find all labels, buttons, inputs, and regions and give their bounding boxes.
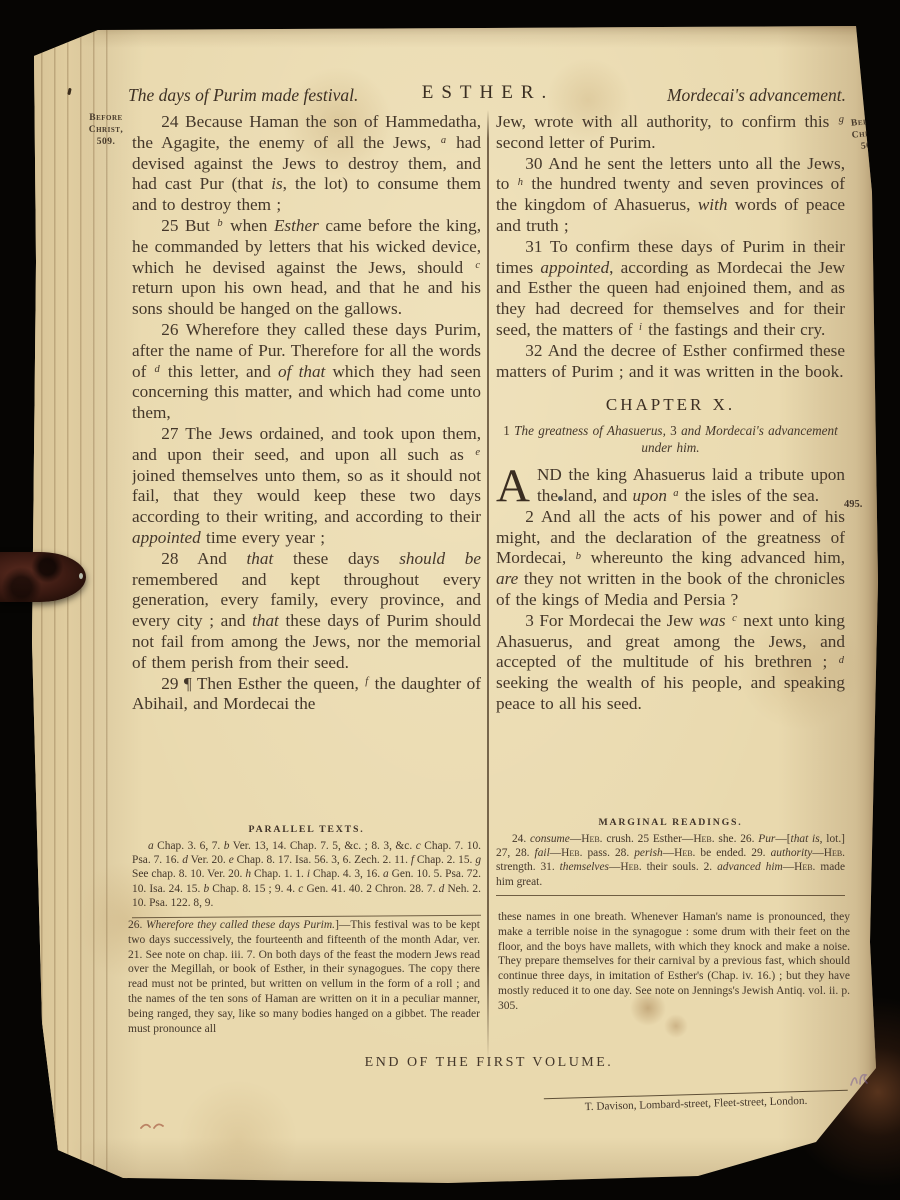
margin-page-ref: 495.: [844, 499, 862, 510]
verse-29: 29 ¶ Then Esther the queen, f the daught…: [132, 674, 481, 716]
scripture-column-left: 24 Because Haman the son of Hammedatha, …: [132, 112, 481, 826]
margin-note-before-christ-left: Before Christ, 509.: [72, 112, 140, 148]
chapter10-verse-1: AND the king Ahasuerus laid a tribute up…: [496, 465, 845, 507]
verse-29-continuation: Jew, wrote with all authority, to confir…: [496, 112, 845, 154]
chapter10-verse-3: 3 For Mordecai the Jew was c next unto k…: [496, 611, 845, 715]
marginal-readings-section: MARGINAL READINGS. 24. consume—Heb. crus…: [496, 817, 845, 896]
book-photo: The days of Purim made festival. ESTHER.…: [0, 0, 900, 1200]
marginal-readings-body: 24. consume—Heb. crush. 25 Esther—Heb. s…: [496, 832, 845, 889]
verse-30: 30 And he sent the letters unto all the …: [496, 154, 845, 237]
ink-mark: [138, 1118, 168, 1139]
page-edges: [28, 22, 108, 1184]
pencil-mark: [846, 1068, 872, 1097]
marginal-readings-heading: MARGINAL READINGS.: [496, 817, 845, 828]
margin-note-line: 509.: [72, 136, 140, 148]
chapter10-verse-2: 2 And all the acts of his power and of h…: [496, 507, 845, 611]
margin-note-line: Before: [72, 112, 140, 124]
chapter-summary: 1 The greatness of Ahasuerus, 3 and Mord…: [500, 423, 841, 456]
footnote-column-left: 26. Wherefore they called these days Pur…: [128, 918, 480, 1036]
book-page: The days of Purim made festival. ESTHER.…: [28, 22, 880, 1184]
parallel-texts-body: a Chap. 3. 6, 7. b Ver. 13, 14. Chap. 7.…: [132, 839, 481, 910]
chapter10-verse-1-text: ND the king Ahasuerus laid a tribute upo…: [537, 465, 845, 505]
chapter-heading: CHAPTER X.: [496, 395, 845, 416]
verse-28: 28 And that these days should be remembe…: [132, 549, 481, 674]
verse-25: 25 But b when Esther came before the kin…: [132, 216, 481, 320]
book-title: ESTHER.: [380, 82, 596, 104]
margin-note-line: Christ,: [72, 124, 140, 136]
column-divider-rule: [487, 110, 489, 1060]
ink-dot: [558, 496, 563, 501]
verse-24: 24 Because Haman the son of Hammedatha, …: [132, 112, 481, 216]
verse-32: 32 And the decree of Esther confirmed th…: [496, 341, 845, 383]
margin-note-before-christ-right: Before Christ, 509.: [836, 113, 900, 155]
verse-27: 27 The Jews ordained, and took upon them…: [132, 424, 481, 549]
verse-26: 26 Wherefore they called these days Puri…: [132, 320, 481, 424]
drop-cap: A: [496, 465, 537, 505]
running-head-right: Mordecai's advancement.: [624, 85, 846, 106]
volume-end-line: END OF THE FIRST VOLUME.: [132, 1055, 846, 1071]
scripture-column-right: Jew, wrote with all authority, to confir…: [496, 112, 845, 826]
section-rule: [496, 895, 845, 896]
running-head-left: The days of Purim made festival.: [128, 85, 358, 106]
verse-31: 31 To confirm these days of Purim in the…: [496, 237, 845, 341]
margin-note-line: Before: [836, 113, 899, 131]
parallel-texts-section: PARALLEL TEXTS. a Chap. 3. 6, 7. b Ver. …: [132, 824, 481, 917]
printer-imprint: T. Davison, Lombard-street, Fleet-street…: [544, 1090, 848, 1114]
parallel-texts-heading: PARALLEL TEXTS.: [132, 824, 481, 835]
footnote-column-right: these names in one breath. Whenever Hama…: [498, 910, 850, 1014]
